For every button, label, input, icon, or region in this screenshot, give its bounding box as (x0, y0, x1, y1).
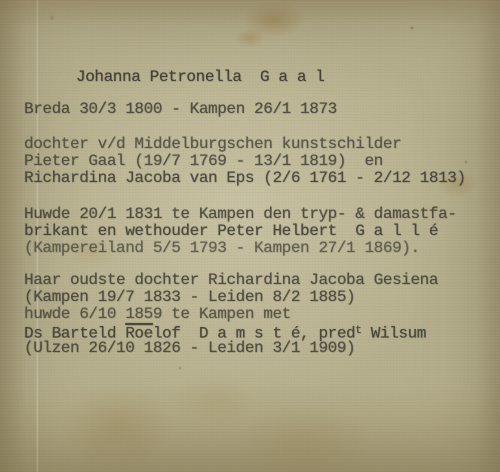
daughter-line-2: (Kampen 19/7 1833 - Leiden 8/2 1885) (24, 289, 355, 306)
ulzen-dates-line: (Ulzen 26/10 1826 - Leiden 3/1 1909) (24, 340, 355, 357)
marriage-line-2: brikant en wethouder Peter Helbert G a l… (24, 223, 438, 240)
marriage-line-1: Huwde 20/1 1831 te Kampen den tryp- & da… (24, 206, 456, 223)
parents-line-2: Pieter Gaal (19/7 1769 - 13/1 1819) en (24, 153, 383, 170)
daughter-line-3: huwde 6/10 1859 te Kampen met (24, 306, 291, 323)
typewritten-genealogy-card: Johanna Petronella G a a l Breda 30/3 18… (0, 0, 500, 472)
marriage-line-3: (Kampereiland 5/5 1793 - Kampen 27/1 186… (24, 240, 420, 257)
card-title-name: Johanna Petronella G a a l (76, 69, 324, 86)
typed-text-layer: Johanna Petronella G a a l Breda 30/3 18… (0, 0, 500, 472)
birth-death-line: Breda 30/3 1800 - Kampen 26/1 1873 (24, 101, 337, 118)
parents-line-3: Richardina Jacoba van Eps (2/6 1761 - 2/… (24, 170, 466, 187)
damste-suffix: Wilsum (362, 325, 426, 343)
daughter-line-1: Haar oudste dochter Richardina Jacoba Ge… (24, 272, 438, 289)
parents-line-1: dochter v/d Middelburgschen kunstschilde… (24, 136, 401, 153)
